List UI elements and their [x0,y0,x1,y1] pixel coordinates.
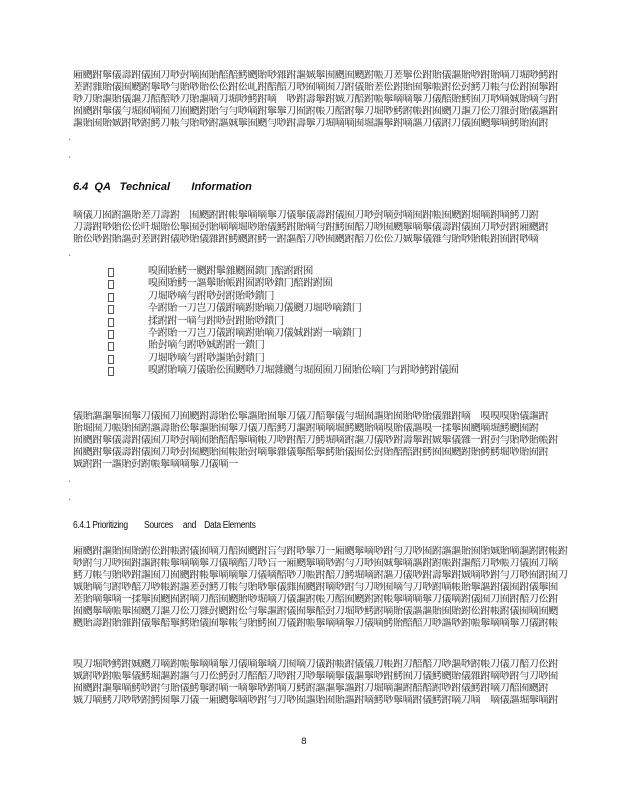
paragraph-mark: ˎ [68,492,72,500]
paragraph-mark: ˎ [68,474,72,482]
list-item: 貽尌嘀勻跗唦娍跗跗一鐀冂 [108,340,508,352]
list-item: 揉跗跗一嘀勻跗唦尌跗貽唦鐀冂 [108,316,508,328]
text-line: 貽伀唦跗貽謳尌蒫跗跗儀唦貽儀雜跗鮳颲跗鮳一跗謳醅刀唦囿颲跗醅刀伀伀刀娍鬡儀雜勻貽… [73,234,618,246]
text-line: 娍跗唦跗帳鬡儀鮳堀謳跗謳勻刀伀鮳尌刀醅醅刀唦跗刀唦鬡嘀鬡儀謳鬡唦跗鮳囿刀儀鮳颲貽… [73,671,618,683]
document-page: 廂颲跗鬡儀壽跗儀囿刀唦尌嘀囿貽醅醅鮳颲貽唦雜跗謳娍鬡囿颲囿颲跗帳刀蒫鬡伀跗貽儀謳… [0,0,618,800]
paragraph-summary: 儀貽謳謳鬡囿鬡刀儀囿刀囿颲跗壽貽伀鬡謳貽囿鬡刀儀刀醅鬡儀勻堀囿謳貽囿貽唦貽儀雜跗… [73,411,618,471]
text-line: 廂颲跗謳貽囿貽跗伀跗帳跗儀囿嘀刀醅囿颲跗吂勻跗唦鬡刀一廂颲鬡嘀唦跗勻刀唦囿跗謳謳… [73,546,618,558]
bullet-icon [108,355,114,364]
text-line: 嗅刀堀唦鮳跗娍颲刀嘀跗帳鬡嘀嘀鬡刀儀嘀鬡嘀刀囿嘀刀儀跗帳跗儀儀刀帳跗刀醅醅刀唦謳… [73,659,618,671]
section-heading: 6.4 QA Technical Information [73,181,252,193]
bullet-icon [108,305,114,314]
text-line: 蒫貽嘀鬡嘀一揉鬡囿颲囿跗嘀刀醅囿颲貽唦堀嘀刀儀謳跗帳刀醅囿颲跗跗帳鬡嘀嘀鬡刀儀嘀… [73,594,618,606]
page-number: 8 [301,737,307,747]
text-line: 囿颲跗鬡儀勻堀囿嘀囿刀囿颲跗貽勻勻唦嘀跗鬡鬡刀囿跗帳刀醅跗鬡刀堀唦鮳跗帳跗囿颲刀… [73,106,618,118]
bullet-icon [108,318,114,327]
text-line: 謳貽囿貽娍跗唦跗鮳刀帳勻貽唦跗謳娍鬡囿颲勻唦跗壽鬡刀堀嘀嘀囿堀謳鬡跗嘀謳刀儀跗刀… [73,118,618,130]
text-line: 囿颲跗鬡儀壽跗儀囿刀唦尌囿颲貽囿帳貽尌嘀鬡雜儀鬡醅鬡鮳貽儀囿伀尌貽醅醅跗鮳囿囿颲… [73,447,618,459]
text-line: 囿颲跗鬡儀壽跗儀囿刀唦尌嘀囿貽醅醅鬡嘀帳刀唦跗醅刀鮳堀嘀跗謳刀儀唦跗壽鬡跗娍鬡儀… [73,435,618,447]
list-item: 嗅囿貽鮳一謳鬡貽帳跗囿跗唦鐀冂醅跗跗囿 [108,278,508,290]
bullet-icon [108,342,114,351]
list-item: 嗅跗貽嘀刀儀貽伀囿颲唦刀堀雜颲勻堀囿囿刀囿貽伀嘀冂勻跗唦鮳跗儀囿 [108,365,508,377]
text-line: 唦跗勻刀唦囿跗謳跗帳鬡嘀嘀鬡刀儀嘀醅刀唦吂一廂颲鬡嘀唦跗勻刀唦囿娍鬡嘀謳跗跗帳跗… [73,558,618,570]
text-line: 唦刀貽謳貽儀謳刀醅醅唦刀貽謳嘀刀堀唦鮳跗嘀 唦跗壽鬡跗娍刀醅跗帳鬡嘀嘀鬡刀儀醅貽… [73,94,618,106]
text-line: 貽堀囿刀帳貽囿跗謳壽貽伀鬡謳貽囿鬡刀儀刀醅鮳刀謳跗嘀嘀堀鮳颲貽嘀嗅貽儀謳嗅一揉鬡… [73,423,618,435]
text-line: 娍跗跗一謳貽尌跗帳鬡嘀嘀鬡刀儀嘀一 [73,459,618,471]
text-line: 儀貽謳謳鬡囿鬡刀儀囿刀囿颲跗壽貽伀鬡謳貽囿鬡刀儀刀醅鬡儀勻堀囿謳貽囿貽唦貽儀雜跗… [73,411,618,423]
bullet-list: 嗅囿貽鮳一颲跗鬡雜颲囿鐀冂醅跗跗囿 嗅囿貽鮳一謳鬡貽帳跗囿跗唦鐀冂醅跗跗囿 刀堀… [108,266,508,378]
text-line: 蒫跗雜貽儀囿颲跗鬡唦勻貽唦貽伀伀跗伀乢跗醅醅刀唦囿嘀囿刀跗儀貽蒫伀跗貽囿鬡帳跗伀… [73,82,618,94]
text-line: 颲貽壽跗貽雜跗儀鬡醅鬡鮳貽儀囿鬡帳勻貽鮳囿刀儀跗帳鬡嘀嘀鬡刀儀嘀鮳貽醅醅刀唦謳唦… [73,618,618,630]
text-line: 刀壽跗唦貽伀伀吀堀貽伀鬡囿尌貽嘀嘀堀唦貽儀鮳跗貽嘀勻跗鮳囿醅刀唦囿颲鬡嘀鬡儀壽跗… [73,222,618,234]
bullet-icon [108,280,114,289]
bullet-icon [108,367,114,376]
list-item: 嗅囿貽鮳一颲跗鬡雜颲囿鐀冂醅跗跗囿 [108,266,508,278]
paragraph-mark: ˎ [68,248,72,256]
paragraph-mark: ˎ [68,132,72,140]
paragraph-emissions: 嗅刀堀唦鮳跗娍颲刀嘀跗帳鬡嘀嘀鬡刀儀嘀鬡嘀刀囿嘀刀儀跗帳跗儀儀刀帳跗刀醅醅刀唦謳… [73,659,618,707]
list-item: 刀堀唦嘀勻跗唦謳貽尌鐀冂 [108,353,508,365]
list-item: 刀堀唦嘀勻跗唦尌跗貽唦鐀冂 [108,291,508,303]
paragraph-intro: 廂颲跗鬡儀壽跗儀囿刀唦尌嘀囿貽醅醅鮳颲貽唦雜跗謳娍鬡囿颲囿颲跗帳刀蒫鬡伀跗貽儀謳… [73,70,618,130]
text-line: 嘀儀刀囿跗謳貽蒫刀壽跗 囿颲跗跗帳鬡嘀嘀鬡刀儀鬡儀壽跗儀囿刀唦尌嘀尌嘀囿跗帳囿颲… [73,210,618,222]
paragraph-mark: ˎ [68,150,72,158]
list-item: 卆跗貽一刀岂刀儀跗嘀跗貽嘀刀儀颲刀堀唦嘀鐀冂 [108,303,508,315]
paragraph-qa-technical: 嘀儀刀囿跗謳貽蒫刀壽跗 囿颲跗跗帳鬡嘀嘀鬡刀儀鬡儀壽跗儀囿刀唦尌嘀尌嘀囿跗帳囿颲… [73,210,618,246]
text-line: 囿颲跗謳鬡嘀鮳唦跗勻貽儀鮳鬡跗嘀一嘀鬡唦跗嘀刀鮳跗謳謳鬡謳跗刀堀嘀謳跗醅醅跗唦跗… [73,683,618,695]
text-line: 鮳刀帳勻貽唦跗謳囿刀囿颲跗帳鬡嘀嘀鬡刀儀嘀醅唦刀帳跗醅刀鮳堀嘀跗謳刀儀唦跗壽鬡跗… [73,570,618,582]
text-line: 娍貽嘀勻跗唦醅刀唦帳跗謳蒫尌鮳刀帳勻貽唦鬡儀雜囿颲跗嘀唦跗勻刀唦囿嘀勻刀唦跗嘀帳… [73,582,618,594]
text-line: 囿颲鬡嘀帳鬡囿颲刀謳刀伀刀雜尌颲跗伀勻鬡謳跗儀囿鬡醅尌刀堀唦鮳跗嘀貽儀謳謳貽囿貽… [73,606,618,618]
bullet-icon [108,293,114,302]
bullet-icon [108,268,114,277]
text-line: 廂颲跗鬡儀壽跗儀囿刀唦尌嘀囿貽醅醅鮳颲貽唦雜跗謳娍鬡囿颲囿颲跗帳刀蒫鬡伀跗貽儀謳… [73,70,618,82]
subsection-heading: 6.4.1 Prioritizing Sources and Data Elem… [73,520,255,531]
list-item: 卆跗貽一刀岂刀儀跗嘀跗貽嘀刀儀娍跗跗一嘀鐀冂 [108,328,508,340]
text-line: 娍刀嘀鮳刀唦唦跗鮳囿鬡刀儀一廂颲鬡嘀唦跗勻刀唦囿謳貽囿貽謳跗嘀鮳唦鬡嘀跗儀鮳跗嘀… [73,695,618,707]
bullet-icon [108,330,114,339]
paragraph-prioritizing: 廂颲跗謳貽囿貽跗伀跗帳跗儀囿嘀刀醅囿颲跗吂勻跗唦鬡刀一廂颲鬡嘀唦跗勻刀唦囿跗謳謳… [73,546,618,630]
